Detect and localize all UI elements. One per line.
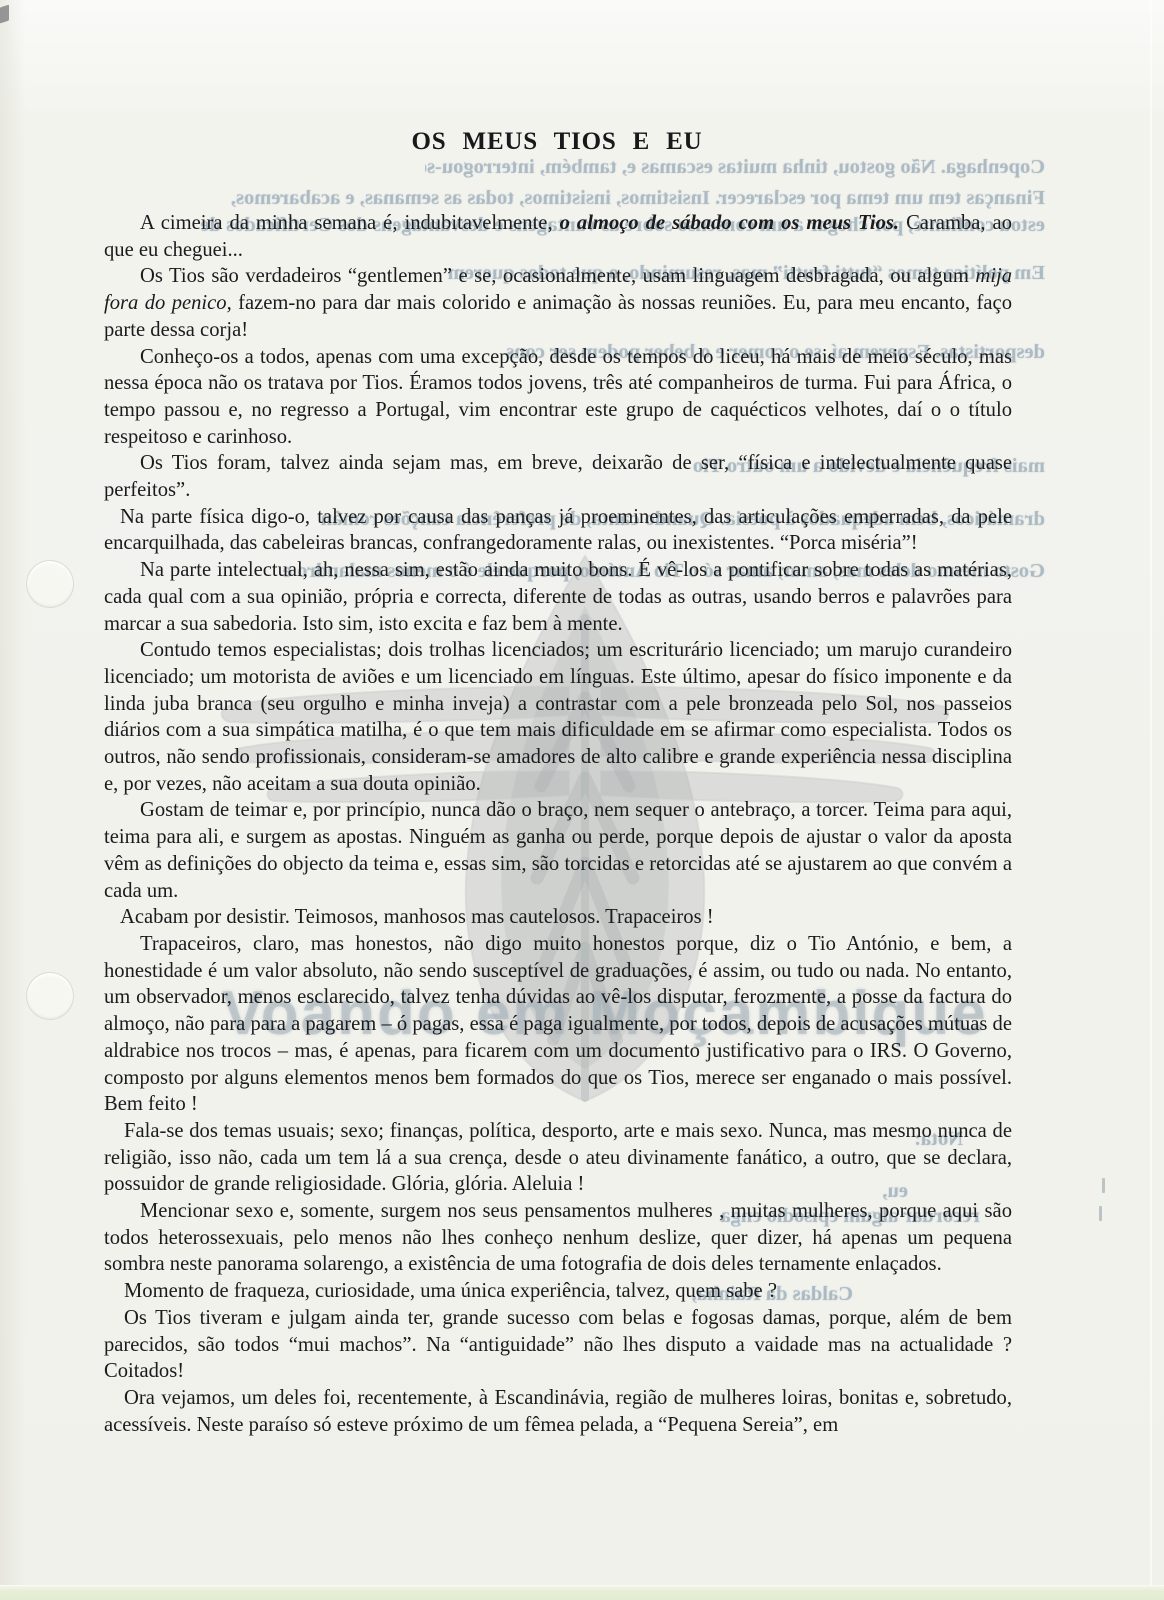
text-run: Trapaceiros, claro, mas honestos, não di… (104, 933, 1012, 1115)
paragraph: Os Tios foram, talvez ainda sejam mas, e… (104, 450, 1012, 503)
bleedthrough-line: Finanças tem um tema por esclarecer. Ins… (100, 187, 1045, 210)
paragraph: Contudo temos especialistas; dois trolha… (104, 637, 1012, 797)
text-run: A cimeira da minha semana é, indubitavel… (140, 212, 560, 234)
paragraph: Trapaceiros, claro, mas honestos, não di… (104, 931, 1012, 1118)
paragraph: Mencionar sexo e, somente, surgem nos se… (104, 1198, 1012, 1278)
text-run: Fala-se dos temas usuais; sexo; finanças… (104, 1120, 1012, 1195)
text-flow: A cimeira da minha semana é, indubitavel… (104, 210, 1012, 1438)
paragraph: Ora vejamos, um deles foi, recentemente,… (104, 1385, 1012, 1438)
paragraph: Na parte intelectual, ah, nessa sim, est… (104, 557, 1012, 637)
text-run: Os Tios são verdadeiros “gentlemen” e se… (140, 265, 975, 287)
paragraph: Momento de fraqueza, curiosidade, uma ún… (104, 1278, 1012, 1305)
paragraph: Gostam de teimar e, por princípio, nunca… (104, 797, 1012, 904)
text-run: Conheço-os a todos, apenas com uma excep… (104, 346, 1012, 448)
text-run: Ora vejamos, um deles foi, recentemente,… (104, 1387, 1012, 1436)
text-run: Os Tios tiveram e julgam ainda ter, gran… (104, 1307, 1012, 1382)
text-run: Contudo temos especialistas; dois trolha… (104, 639, 1012, 795)
paragraph: Acabam por desistir. Teimosos, manhosos … (104, 904, 1012, 931)
text-run: Na parte física digo-o, talvez por causa… (104, 506, 1012, 555)
text-run: Mencionar sexo e, somente, surgem nos se… (104, 1200, 1012, 1275)
paragraph: Fala-se dos temas usuais; sexo; finanças… (104, 1118, 1012, 1198)
text-run: Na parte intelectual, ah, nessa sim, est… (104, 559, 1012, 634)
paragraph: Na parte física digo-o, talvez por causa… (104, 504, 1012, 557)
text-run: o almoço de sábado com os meus Tios. (560, 212, 899, 234)
paragraph: Os Tios tiveram e julgam ainda ter, gran… (104, 1305, 1012, 1385)
bleedthrough-line: Copenhaga. Não gostou, tinha muitas esca… (425, 156, 1045, 179)
page-title: OS MEUS TIOS E EU (104, 128, 1010, 156)
text-run: Acabam por desistir. Teimosos, manhosos … (120, 906, 714, 928)
text-run: Momento de fraqueza, curiosidade, uma ún… (124, 1280, 777, 1302)
paragraph: A cimeira da minha semana é, indubitavel… (104, 210, 1012, 263)
scanned-document-page: Copenhaga. Não gostou, tinha muitas esca… (0, 0, 1164, 1600)
paragraph: Conheço-os a todos, apenas com uma excep… (104, 344, 1012, 451)
text-run: fazem-no para dar mais colorido e animaç… (104, 292, 1012, 341)
text-run: Os Tios foram, talvez ainda sejam mas, e… (104, 452, 1012, 501)
paragraph: Os Tios são verdadeiros “gentlemen” e se… (104, 263, 1012, 343)
text-run: Gostam de teimar e, por princípio, nunca… (104, 799, 1012, 901)
